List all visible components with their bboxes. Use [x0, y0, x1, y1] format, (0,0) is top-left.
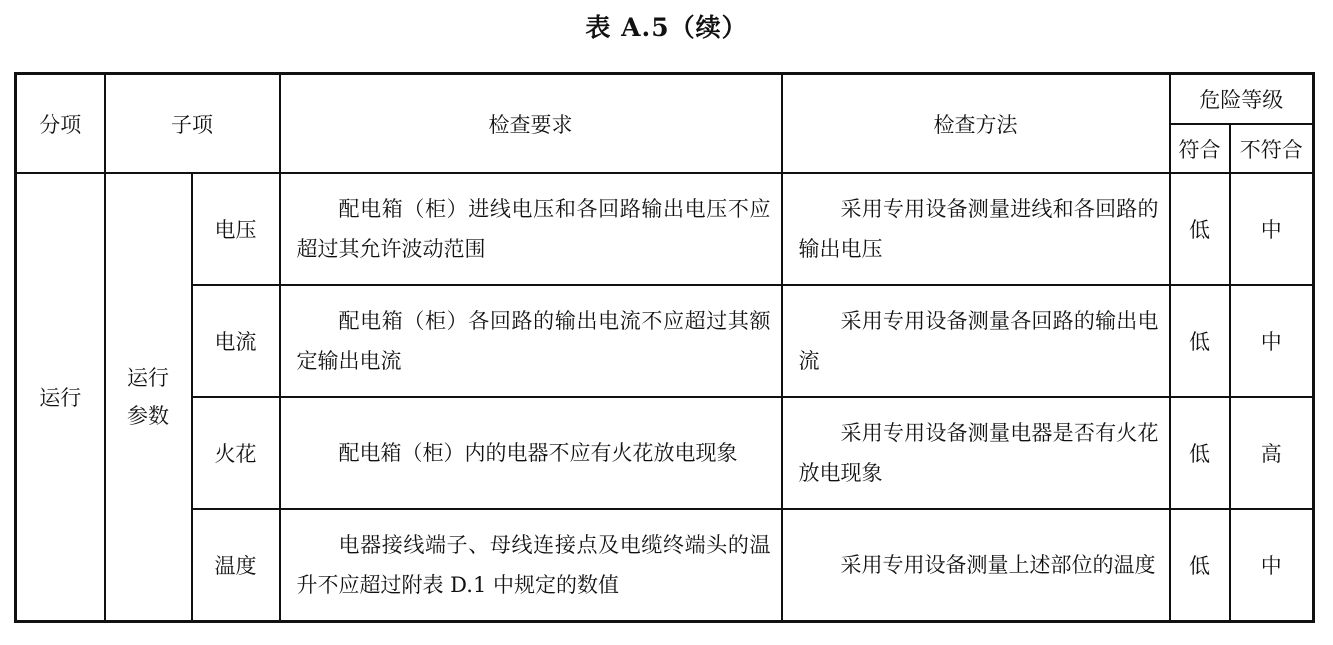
requirement-cell: 配电箱（柜）各回路的输出电流不应超过其额定输出电流: [280, 285, 782, 397]
requirement-text: 配电箱（柜）进线电压和各回路输出电压不应超过其允许波动范围: [297, 189, 771, 269]
comply-cell: 低: [1170, 509, 1230, 622]
sub-item-cell: 运行 参数: [105, 173, 192, 622]
requirement-cell: 电器接线端子、母线连接点及电缆终端头的温升不应超过附表 D.1 中规定的数值: [280, 509, 782, 622]
requirement-text: 电器接线端子、母线连接点及电缆终端头的温升不应超过附表 D.1 中规定的数值: [297, 525, 771, 605]
sub-sub-item-cell: 电流: [192, 285, 280, 397]
requirement-text: 配电箱（柜）各回路的输出电流不应超过其额定输出电流: [297, 301, 771, 381]
method-text: 采用专用设备测量各回路的输出电流: [799, 301, 1159, 381]
header-risk-comply: 符合: [1170, 124, 1230, 173]
method-cell: 采用专用设备测量上述部位的温度: [782, 509, 1170, 622]
header-risk-level: 危险等级: [1170, 74, 1314, 125]
header-risk-noncomply: 不符合: [1230, 124, 1314, 173]
method-text: 采用专用设备测量电器是否有火花放电现象: [799, 413, 1159, 493]
comply-cell: 低: [1170, 285, 1230, 397]
noncomply-cell: 中: [1230, 173, 1314, 285]
table-row: 温度 电器接线端子、母线连接点及电缆终端头的温升不应超过附表 D.1 中规定的数…: [16, 509, 1314, 622]
sub-item-line: 参数: [106, 397, 191, 435]
method-text: 采用专用设备测量上述部位的温度: [799, 545, 1159, 585]
comply-cell: 低: [1170, 173, 1230, 285]
requirement-text: 配电箱（柜）内的电器不应有火花放电现象: [297, 433, 771, 473]
method-cell: 采用专用设备测量各回路的输出电流: [782, 285, 1170, 397]
method-cell: 采用专用设备测量进线和各回路的输出电压: [782, 173, 1170, 285]
category-cell: 运行: [16, 173, 105, 622]
sub-sub-item-cell: 电压: [192, 173, 280, 285]
table-row: 电流 配电箱（柜）各回路的输出电流不应超过其额定输出电流 采用专用设备测量各回路…: [16, 285, 1314, 397]
sub-sub-item-cell: 火花: [192, 397, 280, 509]
requirement-cell: 配电箱（柜）内的电器不应有火花放电现象: [280, 397, 782, 509]
header-category: 分项: [16, 74, 105, 174]
sub-item-line: 运行: [106, 359, 191, 397]
header-sub-item: 子项: [105, 74, 280, 174]
header-method: 检查方法: [782, 74, 1170, 174]
header-requirement: 检查要求: [280, 74, 782, 174]
inspection-table: 分项 子项 检查要求 检查方法 危险等级 符合 不符合 运行 运行 参数 电压 …: [14, 72, 1315, 623]
method-text: 采用专用设备测量进线和各回路的输出电压: [799, 189, 1159, 269]
noncomply-cell: 中: [1230, 285, 1314, 397]
table-title: 表 A.5（续）: [0, 8, 1333, 44]
noncomply-cell: 高: [1230, 397, 1314, 509]
noncomply-cell: 中: [1230, 509, 1314, 622]
sub-sub-item-cell: 温度: [192, 509, 280, 622]
method-cell: 采用专用设备测量电器是否有火花放电现象: [782, 397, 1170, 509]
requirement-cell: 配电箱（柜）进线电压和各回路输出电压不应超过其允许波动范围: [280, 173, 782, 285]
comply-cell: 低: [1170, 397, 1230, 509]
table-row: 火花 配电箱（柜）内的电器不应有火花放电现象 采用专用设备测量电器是否有火花放电…: [16, 397, 1314, 509]
table-row: 运行 运行 参数 电压 配电箱（柜）进线电压和各回路输出电压不应超过其允许波动范…: [16, 173, 1314, 285]
